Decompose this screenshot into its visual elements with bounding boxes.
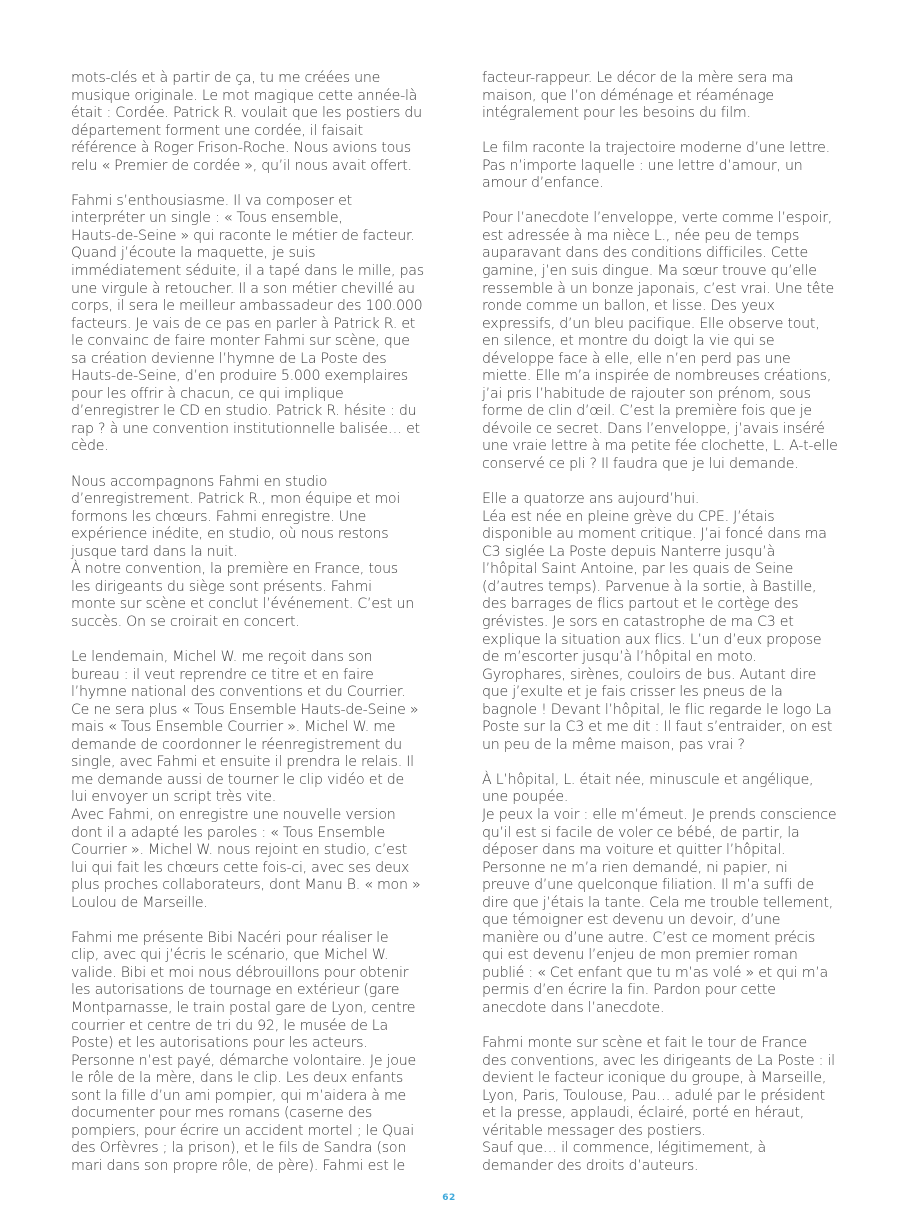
text-line: gamine, j’en suis dingue. Ma sœur trouve…: [482, 263, 882, 281]
text-line: corps, il sera le meilleur ambassadeur d…: [71, 298, 471, 316]
text-line: Loulou de Marseille.: [71, 895, 471, 913]
text-line: des barrages de flics partout et le cort…: [482, 596, 882, 614]
text-line: expressifs, d’un bleu pacifique. Elle ob…: [482, 316, 882, 334]
text-line: facteur-rappeur. Le décor de la mère ser…: [482, 70, 882, 88]
text-line: de m’escorter jusqu’à l’hôpital en moto.: [482, 649, 882, 667]
text-line: Nous accompagnons Fahmi en studio: [71, 474, 471, 492]
text-line: Léa est née en pleine grève du CPE. J’ét…: [482, 509, 882, 527]
left-column: mots-clés et à partir de ça, tu me créée…: [71, 70, 471, 1193]
text-line: qui est devenu l’enjeu de mon premier ro…: [482, 947, 882, 965]
paragraph: Pour l’anecdote l’enveloppe, verte comme…: [482, 210, 882, 473]
text-line: Courrier ». Michel W. nous rejoint en st…: [71, 842, 471, 860]
text-line: me demande aussi de tourner le clip vidé…: [71, 772, 471, 790]
text-line: intégralement pour les besoins du film.: [482, 105, 882, 123]
text-line: mari dans son propre rôle, de père). Fah…: [71, 1158, 471, 1176]
text-line: pour les offrir à chacun, ce qui impliqu…: [71, 386, 471, 404]
text-line: référence à Roger Frison-Roche. Nous avi…: [71, 140, 471, 158]
text-line: preuve d’une quelconque filiation. Il m’…: [482, 877, 882, 895]
text-line: les autorisations de tournage en extérie…: [71, 982, 471, 1000]
text-line: mots-clés et à partir de ça, tu me créée…: [71, 70, 471, 88]
text-line: un peu de la même maison, pas vrai ?: [482, 737, 882, 755]
text-line: demande de coordonner le réenregistremen…: [71, 737, 471, 755]
paragraph: Elle a quatorze ans aujourd’hui.Léa est …: [482, 491, 882, 754]
text-line: expérience inédite, en studio, où nous r…: [71, 526, 471, 544]
text-line: dont il a adapté les paroles : « Tous En…: [71, 825, 471, 843]
text-line: en silence, et montre du doigt la vie qu…: [482, 333, 882, 351]
document-page: mots-clés et à partir de ça, tu me créée…: [0, 0, 898, 1228]
text-line: single, avec Fahmi et ensuite il prendra…: [71, 754, 471, 772]
text-line: des conventions, avec les dirigeants de …: [482, 1053, 882, 1071]
paragraph: Le lendemain, Michel W. me reçoit dans s…: [71, 649, 471, 912]
text-line: anecdote dans l’anecdote.: [482, 1000, 882, 1018]
text-line: Je peux la voir : elle m’émeut. Je prend…: [482, 807, 882, 825]
text-line: interpréter un single : « Tous ensemble,: [71, 210, 471, 228]
text-line: véritable messager des postiers.: [482, 1123, 882, 1141]
text-line: disponible au moment critique. J’ai fonc…: [482, 526, 882, 544]
text-line: bagnole ! Devant l’hôpital, le flic rega…: [482, 702, 882, 720]
text-line: amour d’enfance.: [482, 175, 882, 193]
text-line: Avec Fahmi, on enregistre une nouvelle v…: [71, 807, 471, 825]
text-line: Hauts-de-Seine » qui raconte le métier d…: [71, 228, 471, 246]
text-line: clip, avec qui j’écris le scénario, que …: [71, 947, 471, 965]
text-line: succès. On se croirait en concert.: [71, 614, 471, 632]
text-line: (d’autres temps). Parvenue à la sortie, …: [482, 579, 882, 597]
text-line: musique originale. Le mot magique cette …: [71, 88, 471, 106]
text-line: déposer dans ma voiture et quitter l’hôp…: [482, 842, 882, 860]
text-line: j’ai pris l’habitude de rajouter son pré…: [482, 386, 882, 404]
text-line: Pas n’importe laquelle : une lettre d’am…: [482, 158, 882, 176]
text-line: Poste sur la C3 et me dit : Il faut s’en…: [482, 719, 882, 737]
text-line: Ce ne sera plus « Tous Ensemble Hauts-de…: [71, 702, 471, 720]
text-line: formons les chœurs. Fahmi enregistre. Un…: [71, 509, 471, 527]
paragraph: Nous accompagnons Fahmi en studiod’enreg…: [71, 474, 471, 632]
text-line: l’hôpital Saint Antoine, par les quais d…: [482, 561, 882, 579]
text-line: lui envoyer un script très vite.: [71, 789, 471, 807]
text-line: le rôle de la mère, dans le clip. Les de…: [71, 1070, 471, 1088]
text-line: Elle a quatorze ans aujourd’hui.: [482, 491, 882, 509]
text-line: facteurs. Je vais de ce pas en parler à …: [71, 316, 471, 334]
text-line: Fahmi s’enthousiasme. Il va composer et: [71, 193, 471, 211]
text-line: Pour l’anecdote l’enveloppe, verte comme…: [482, 210, 882, 228]
paragraph: mots-clés et à partir de ça, tu me créée…: [71, 70, 471, 175]
text-line: mais « Tous Ensemble Courrier ». Michel …: [71, 719, 471, 737]
text-line: demander des droits d’auteurs.: [482, 1158, 882, 1176]
text-line: ronde comme un ballon, et lisse. Des yeu…: [482, 298, 882, 316]
text-line: manière ou d’une autre. C’est ce moment …: [482, 930, 882, 948]
text-line: permis d’en écrire la fin. Pardon pour c…: [482, 982, 882, 1000]
text-line: Lyon, Paris, Toulouse, Pau… adulé par le…: [482, 1088, 882, 1106]
text-line: C3 siglée La Poste depuis Nanterre jusqu…: [482, 544, 882, 562]
text-line: et la presse, applaudi, éclairé, porté e…: [482, 1105, 882, 1123]
text-line: valide. Bibi et moi nous débrouillons po…: [71, 965, 471, 983]
text-line: dire que j’étais la tante. Cela me troub…: [482, 895, 882, 913]
text-line: Quand j’écoute la maquette, je suis: [71, 245, 471, 263]
text-line: une poupée.: [482, 789, 882, 807]
text-line: que témoigner est devenu un devoir, d’un…: [482, 912, 882, 930]
text-line: l’hymne national des conventions et du C…: [71, 684, 471, 702]
text-line: Fahmi me présente Bibi Nacéri pour réali…: [71, 930, 471, 948]
text-line: relu « Premier de cordée », qu’il nous a…: [71, 158, 471, 176]
paragraph: À L’hôpital, L. était née, minuscule et …: [482, 772, 882, 1018]
text-line: Poste) et les autorisations pour les act…: [71, 1035, 471, 1053]
text-line: Sauf que… il commence, légitimement, à: [482, 1140, 882, 1158]
text-line: Personne n’est payé, démarche volontaire…: [71, 1053, 471, 1071]
text-line: plus proches collaborateurs, dont Manu B…: [71, 877, 471, 895]
text-line: maison, que l’on déménage et réaménage: [482, 88, 882, 106]
paragraph: Fahmi monte sur scène et fait le tour de…: [482, 1035, 882, 1175]
text-line: les dirigeants du siège sont présents. F…: [71, 579, 471, 597]
text-line: Montparnasse, le train postal gare de Ly…: [71, 1000, 471, 1018]
text-line: À L’hôpital, L. était née, minuscule et …: [482, 772, 882, 790]
text-line: conservé ce pli ? Il faudra que je lui d…: [482, 456, 882, 474]
text-line: développe face à elle, elle n’en perd pa…: [482, 351, 882, 369]
text-line: À notre convention, la première en Franc…: [71, 561, 471, 579]
text-line: une vraie lettre à ma petite fée clochet…: [482, 438, 882, 456]
text-line: documenter pour mes romans (caserne des: [71, 1105, 471, 1123]
text-line: Hauts-de-Seine, d’en produire 5.000 exem…: [71, 368, 471, 386]
paragraph: Le film raconte la trajectoire moderne d…: [482, 140, 882, 193]
paragraph: facteur-rappeur. Le décor de la mère ser…: [482, 70, 882, 123]
text-line: Personne ne m’a rien demandé, ni papier,…: [482, 860, 882, 878]
text-line: Gyrophares, sirènes, couloirs de bus. Au…: [482, 667, 882, 685]
page-number: 62: [0, 1193, 898, 1203]
text-line: lui qui fait les chœurs cette fois-ci, a…: [71, 860, 471, 878]
text-line: était : Cordée. Patrick R. voulait que l…: [71, 105, 471, 123]
text-line: rap ? à une convention institutionnelle …: [71, 421, 471, 439]
text-line: devient le facteur iconique du groupe, à…: [482, 1070, 882, 1088]
text-line: Fahmi monte sur scène et fait le tour de…: [482, 1035, 882, 1053]
text-line: Le film raconte la trajectoire moderne d…: [482, 140, 882, 158]
text-line: une virgule à retoucher. Il a son métier…: [71, 281, 471, 299]
text-line: sont la fille d’un ami pompier, qui m’ai…: [71, 1088, 471, 1106]
text-line: que j’exulte et je fais crisser les pneu…: [482, 684, 882, 702]
text-line: le convainc de faire monter Fahmi sur sc…: [71, 333, 471, 351]
text-line: auparavant dans des conditions difficile…: [482, 245, 882, 263]
text-line: département forment une cordée, il faisa…: [71, 123, 471, 141]
text-line: explique la situation aux flics. L’un d’…: [482, 632, 882, 650]
right-column: facteur-rappeur. Le décor de la mère ser…: [482, 70, 882, 1193]
text-line: forme de clin d’œil. C’est la première f…: [482, 403, 882, 421]
text-line: courrier et centre de tri du 92, le musé…: [71, 1018, 471, 1036]
text-line: dévoile ce secret. Dans l’enveloppe, j’a…: [482, 421, 882, 439]
text-line: cède.: [71, 438, 471, 456]
text-line: jusque tard dans la nuit.: [71, 544, 471, 562]
text-line: est adressée à ma nièce L., née peu de t…: [482, 228, 882, 246]
paragraph: Fahmi me présente Bibi Nacéri pour réali…: [71, 930, 471, 1176]
text-line: grévistes. Je sors en catastrophe de ma …: [482, 614, 882, 632]
paragraph: Fahmi s’enthousiasme. Il va composer eti…: [71, 193, 471, 456]
text-line: d’enregistrer le CD en studio. Patrick R…: [71, 403, 471, 421]
text-line: des Orfèvres ; la prison), et le fils de…: [71, 1140, 471, 1158]
text-line: d’enregistrement. Patrick R., mon équipe…: [71, 491, 471, 509]
text-line: bureau : il veut reprendre ce titre et e…: [71, 667, 471, 685]
text-line: publié : « Cet enfant que tu m’as volé »…: [482, 965, 882, 983]
text-line: immédiatement séduite, il a tapé dans le…: [71, 263, 471, 281]
text-line: Le lendemain, Michel W. me reçoit dans s…: [71, 649, 471, 667]
text-line: sa création devienne l’hymne de La Poste…: [71, 351, 471, 369]
text-line: miette. Elle m’a inspirée de nombreuses …: [482, 368, 882, 386]
text-line: ressemble à un bonze japonais, c’est vra…: [482, 281, 882, 299]
text-line: qu’il est si facile de voler ce bébé, de…: [482, 825, 882, 843]
text-line: pompiers, pour écrire un accident mortel…: [71, 1123, 471, 1141]
text-line: monte sur scène et conclut l’événement. …: [71, 596, 471, 614]
